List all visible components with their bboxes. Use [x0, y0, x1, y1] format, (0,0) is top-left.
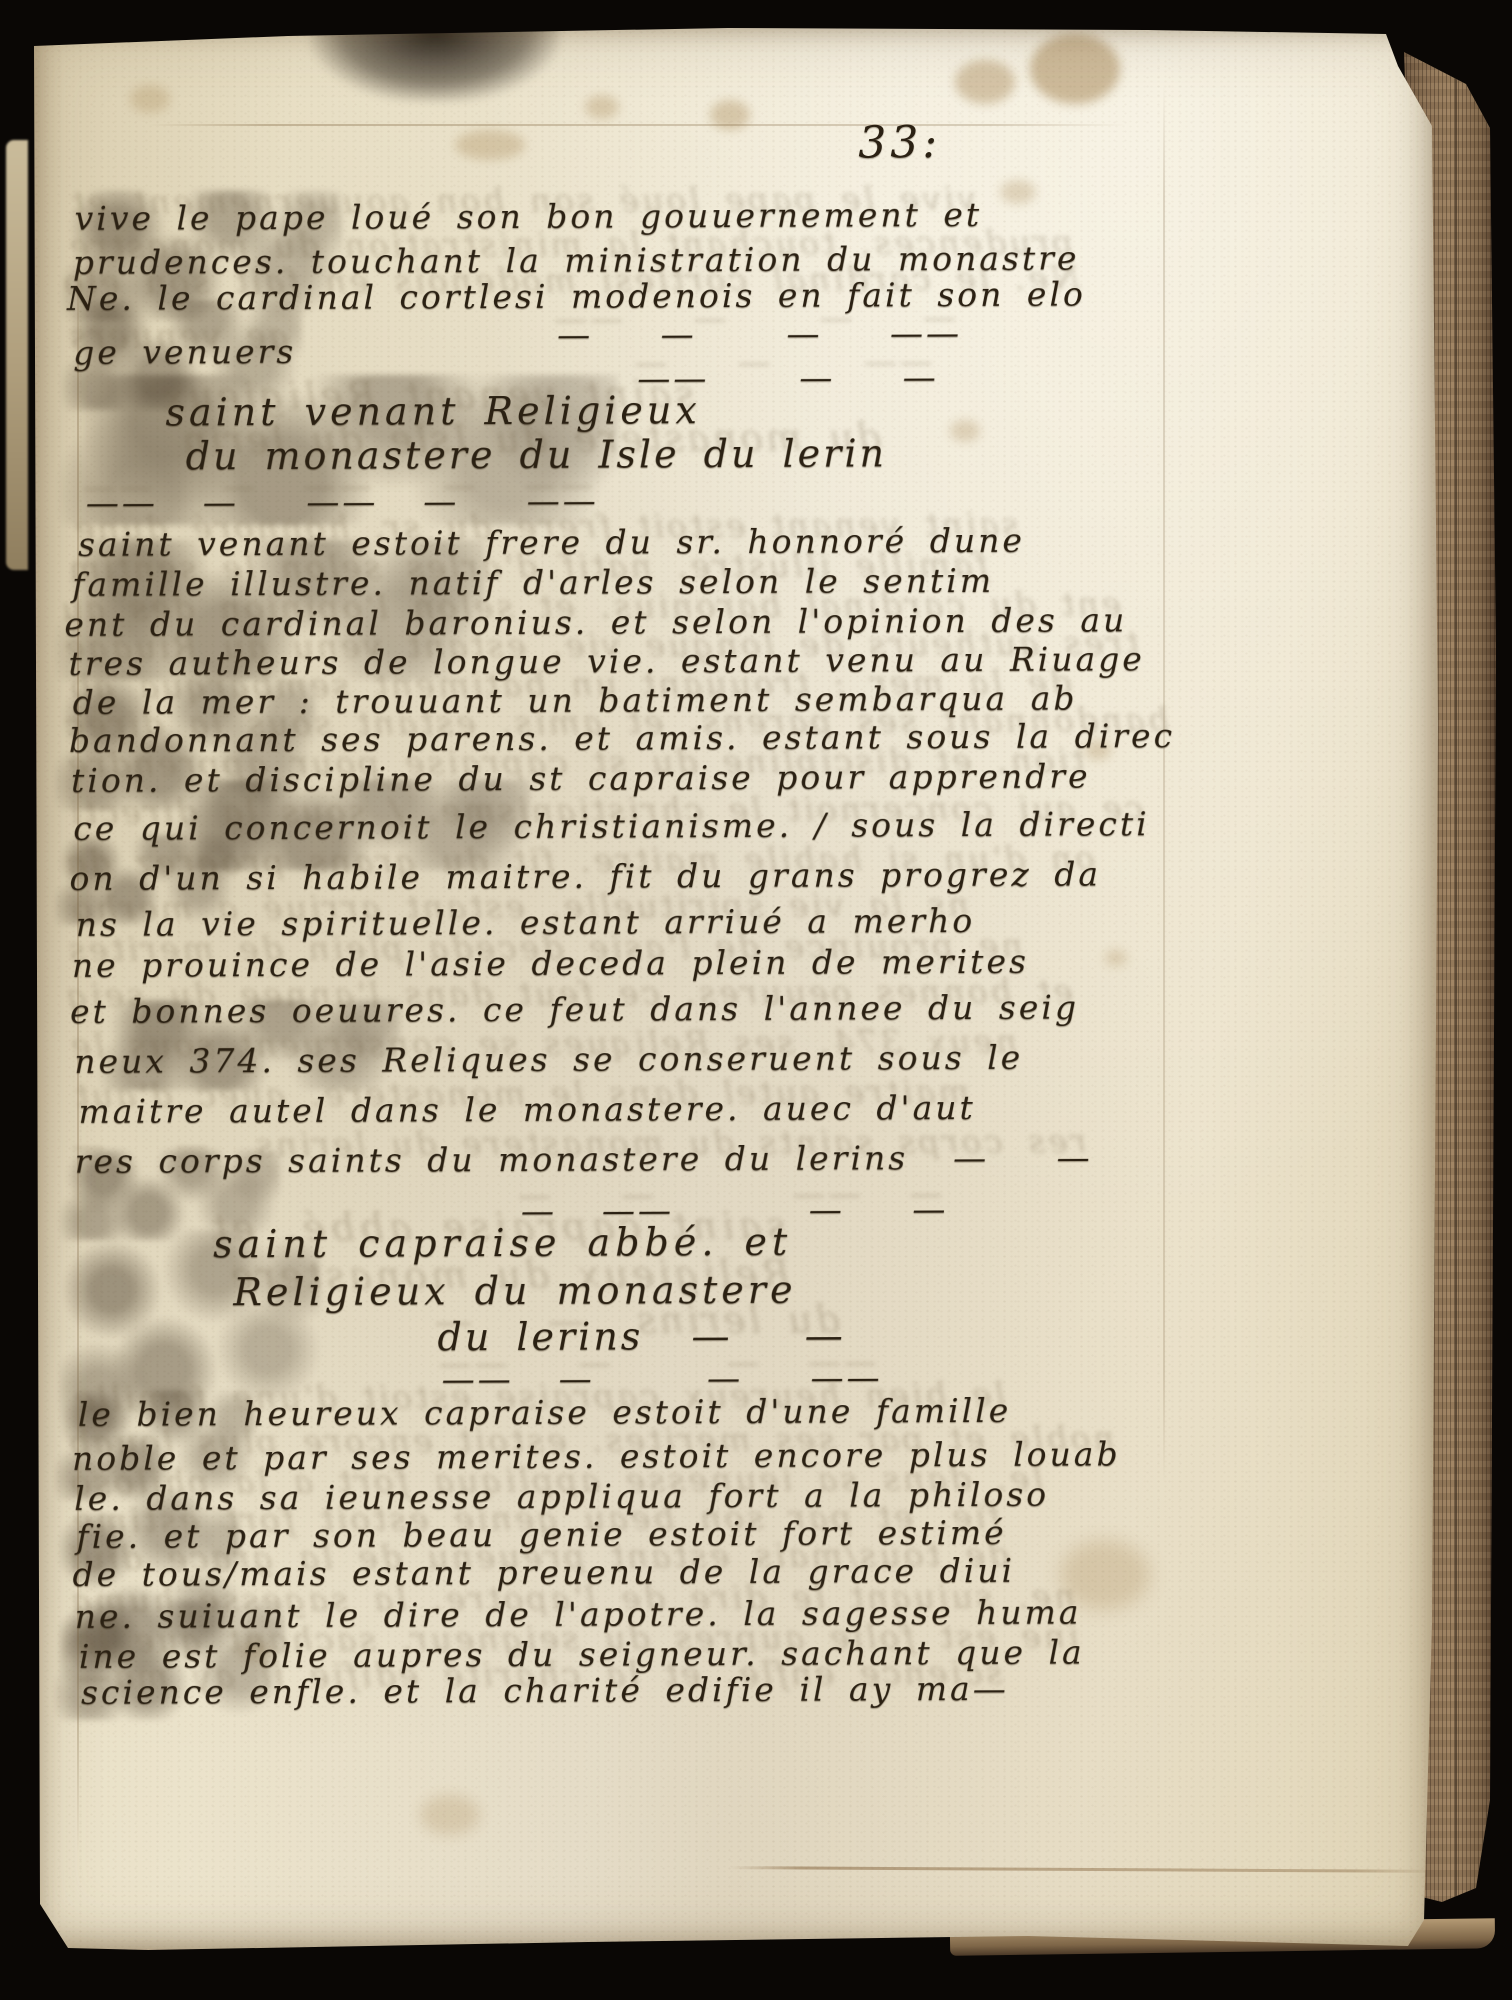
manuscript-line: ge venuers — [73, 332, 296, 372]
page-number: 33: — [858, 117, 941, 168]
manuscript-page: 33: vive le pape loué son bon gouuerneme… — [28, 24, 1440, 1954]
adjacent-page-edge — [6, 140, 28, 570]
text-layer: 33: vive le pape loué son bon gouuerneme… — [24, 21, 1444, 1957]
manuscript-line: science enfle. et la charité edifie il a… — [81, 1669, 1009, 1712]
book-photo: 33: vive le pape loué son bon gouuerneme… — [0, 0, 1512, 2000]
